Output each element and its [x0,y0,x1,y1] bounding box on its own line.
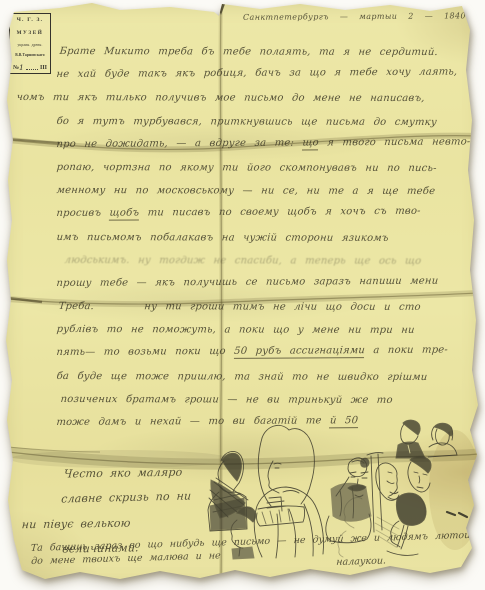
sketch-pair-busts [396,420,457,458]
sketch-young-man-face [408,456,431,492]
sketch-hooded-figure [257,425,315,526]
letter-paper: Ч. Г. З. МУЗЕЙ украин. древн. В.В.Тарнов… [0,0,485,590]
handwritten-line: славне скризь по ни [60,488,237,517]
photo-of-letter: Ч. Г. З. МУЗЕЙ украин. древн. В.В.Тарнов… [0,0,485,590]
paper-shadow: Ч. Г. З. МУЗЕЙ украин. древн. В.В.Тарнов… [0,0,485,590]
